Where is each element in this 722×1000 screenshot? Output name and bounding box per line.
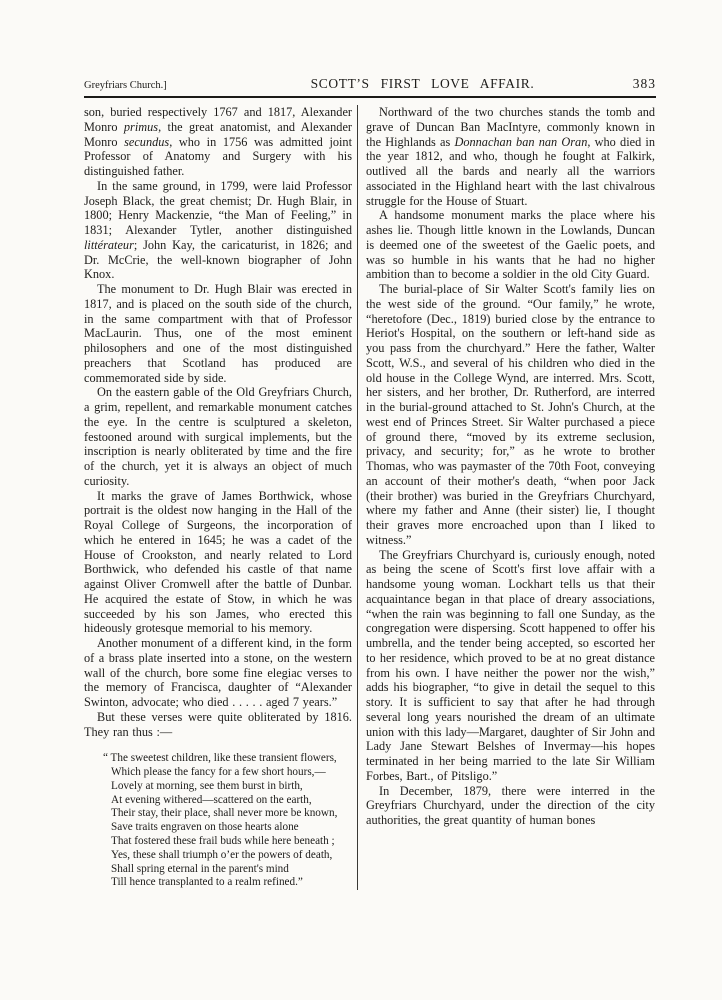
header-rule (84, 96, 656, 98)
poem-line: Save traits engraven on those hearts alo… (103, 821, 352, 835)
poem-line: Their stay, their place, shall never mor… (103, 807, 352, 821)
poem-line: Which please the fancy for a few short h… (103, 766, 352, 780)
poem-line: That fostered these frail buds while her… (103, 835, 352, 849)
paragraph: son, buried respectively 1767 and 1817, … (84, 105, 352, 179)
paragraph: Another monument of a different kind, in… (84, 636, 352, 710)
left-column: son, buried respectively 1767 and 1817, … (84, 105, 358, 890)
page-number: 383 (596, 76, 656, 92)
poem-line: Lovely at morning, see them burst in bir… (103, 780, 352, 794)
elegiac-verses: “ The sweetest children, like these tran… (103, 752, 352, 890)
poem-line: “ The sweetest children, like these tran… (103, 752, 352, 766)
poem-line: Yes, these shall triumph o’er the powers… (103, 849, 352, 863)
paragraph: Northward of the two churches stands the… (366, 105, 655, 208)
right-column: Northward of the two churches stands the… (358, 105, 655, 890)
paragraph: But these verses were quite obliterated … (84, 710, 352, 740)
running-head: Greyfriars Church.] (84, 80, 249, 91)
paragraph: On the eastern gable of the Old Greyfria… (84, 385, 352, 488)
page-content: Greyfriars Church.] SCOTT’S FIRST LOVE A… (84, 76, 656, 890)
paragraph: The Greyfriars Churchyard is, curiously … (366, 548, 655, 784)
poem-line: At evening withered—scattered on the ear… (103, 794, 352, 808)
paragraph: A handsome monument marks the place wher… (366, 208, 655, 282)
italic-text: littérateur (84, 238, 134, 252)
paragraph: It marks the grave of James Borthwick, w… (84, 489, 352, 637)
page-header: Greyfriars Church.] SCOTT’S FIRST LOVE A… (84, 76, 656, 92)
book-page: Greyfriars Church.] SCOTT’S FIRST LOVE A… (0, 0, 722, 1000)
paragraph-text: In the same ground, in 1799, were laid P… (84, 179, 352, 237)
italic-text: secundus (124, 135, 169, 149)
page-title: SCOTT’S FIRST LOVE AFFAIR. (249, 76, 596, 92)
italic-text: primus (124, 120, 158, 134)
text-columns: son, buried respectively 1767 and 1817, … (84, 105, 656, 890)
poem-line: Till hence transplanted to a realm refin… (103, 876, 352, 890)
paragraph: In the same ground, in 1799, were laid P… (84, 179, 352, 282)
paragraph: The burial-place of Sir Walter Scott's f… (366, 282, 655, 548)
poem-line: Shall spring eternal in the parent's min… (103, 863, 352, 877)
paragraph: In December, 1879, there were interred i… (366, 784, 655, 828)
paragraph: The monument to Dr. Hugh Blair was erect… (84, 282, 352, 385)
italic-text: Donnachan ban nan Oran (454, 135, 587, 149)
